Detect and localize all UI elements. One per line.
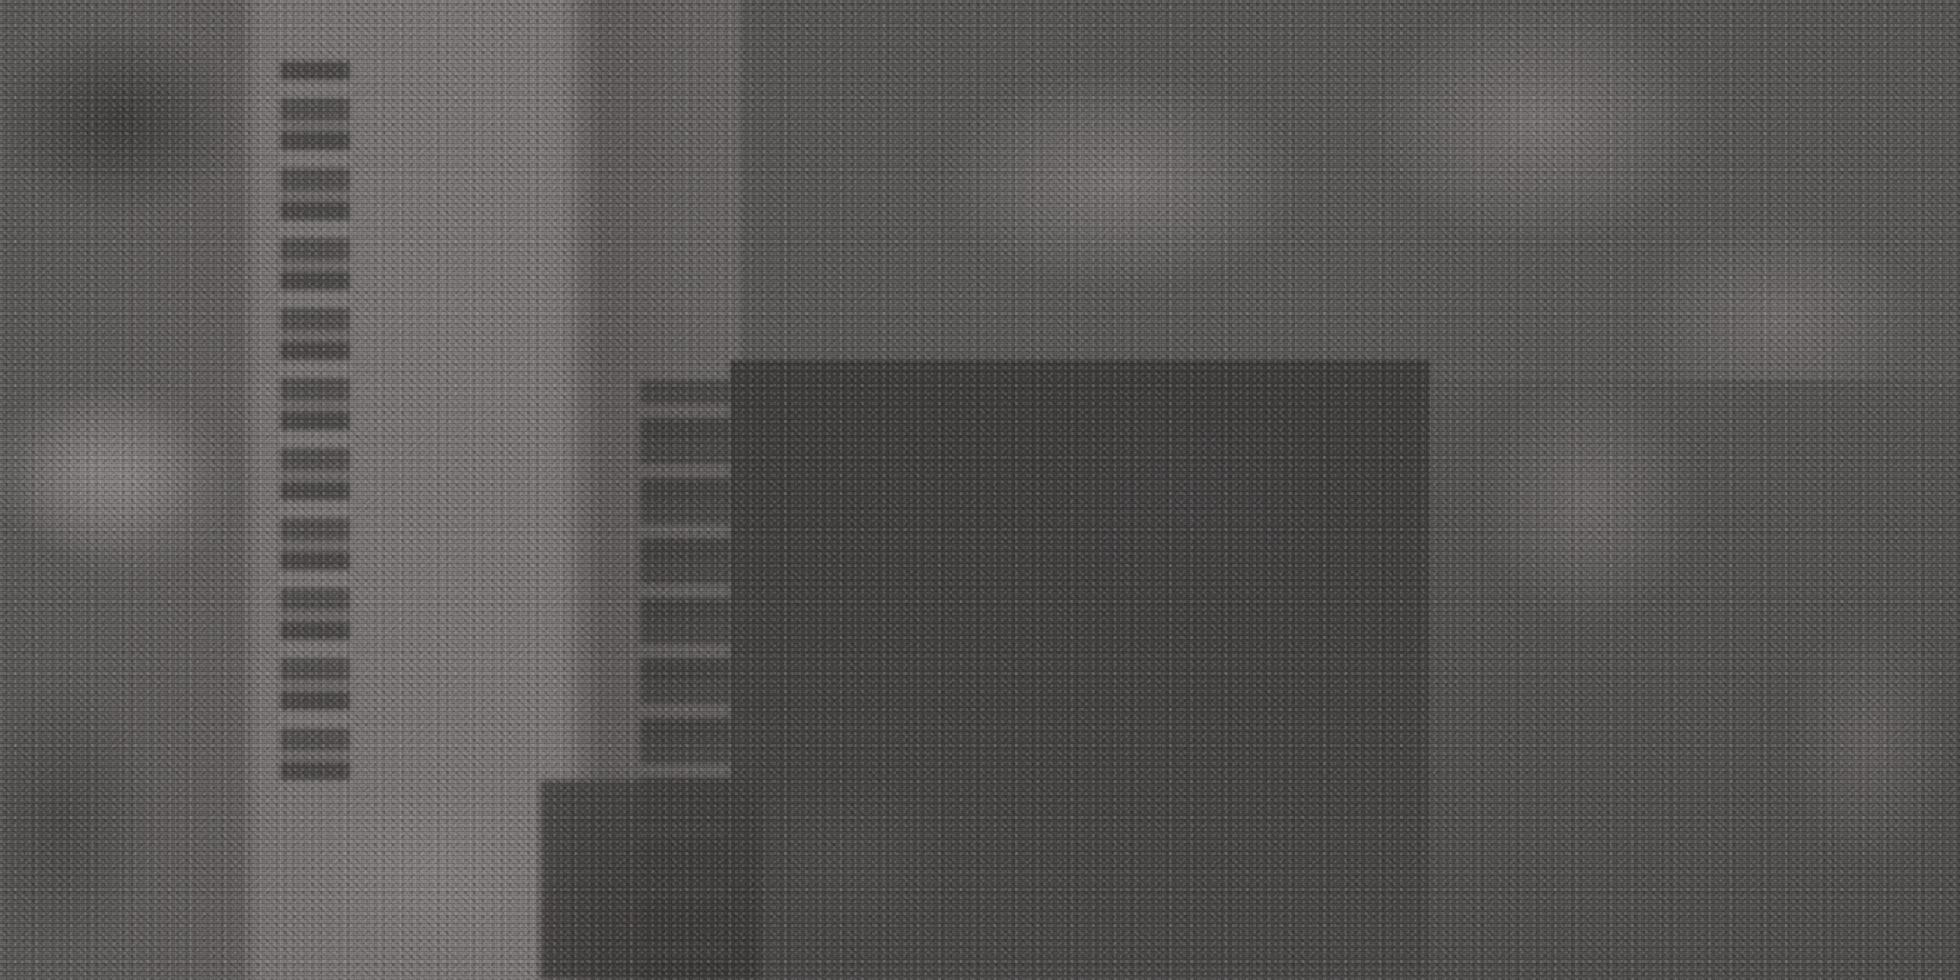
lower-dark-block	[540, 780, 760, 980]
carpet-texture-image	[0, 0, 1960, 980]
left-dark-stripe	[280, 60, 350, 780]
light-patch	[300, 780, 560, 960]
light-patch	[20, 380, 240, 580]
center-dark-block	[730, 360, 1430, 980]
right-panel	[1430, 380, 1960, 980]
